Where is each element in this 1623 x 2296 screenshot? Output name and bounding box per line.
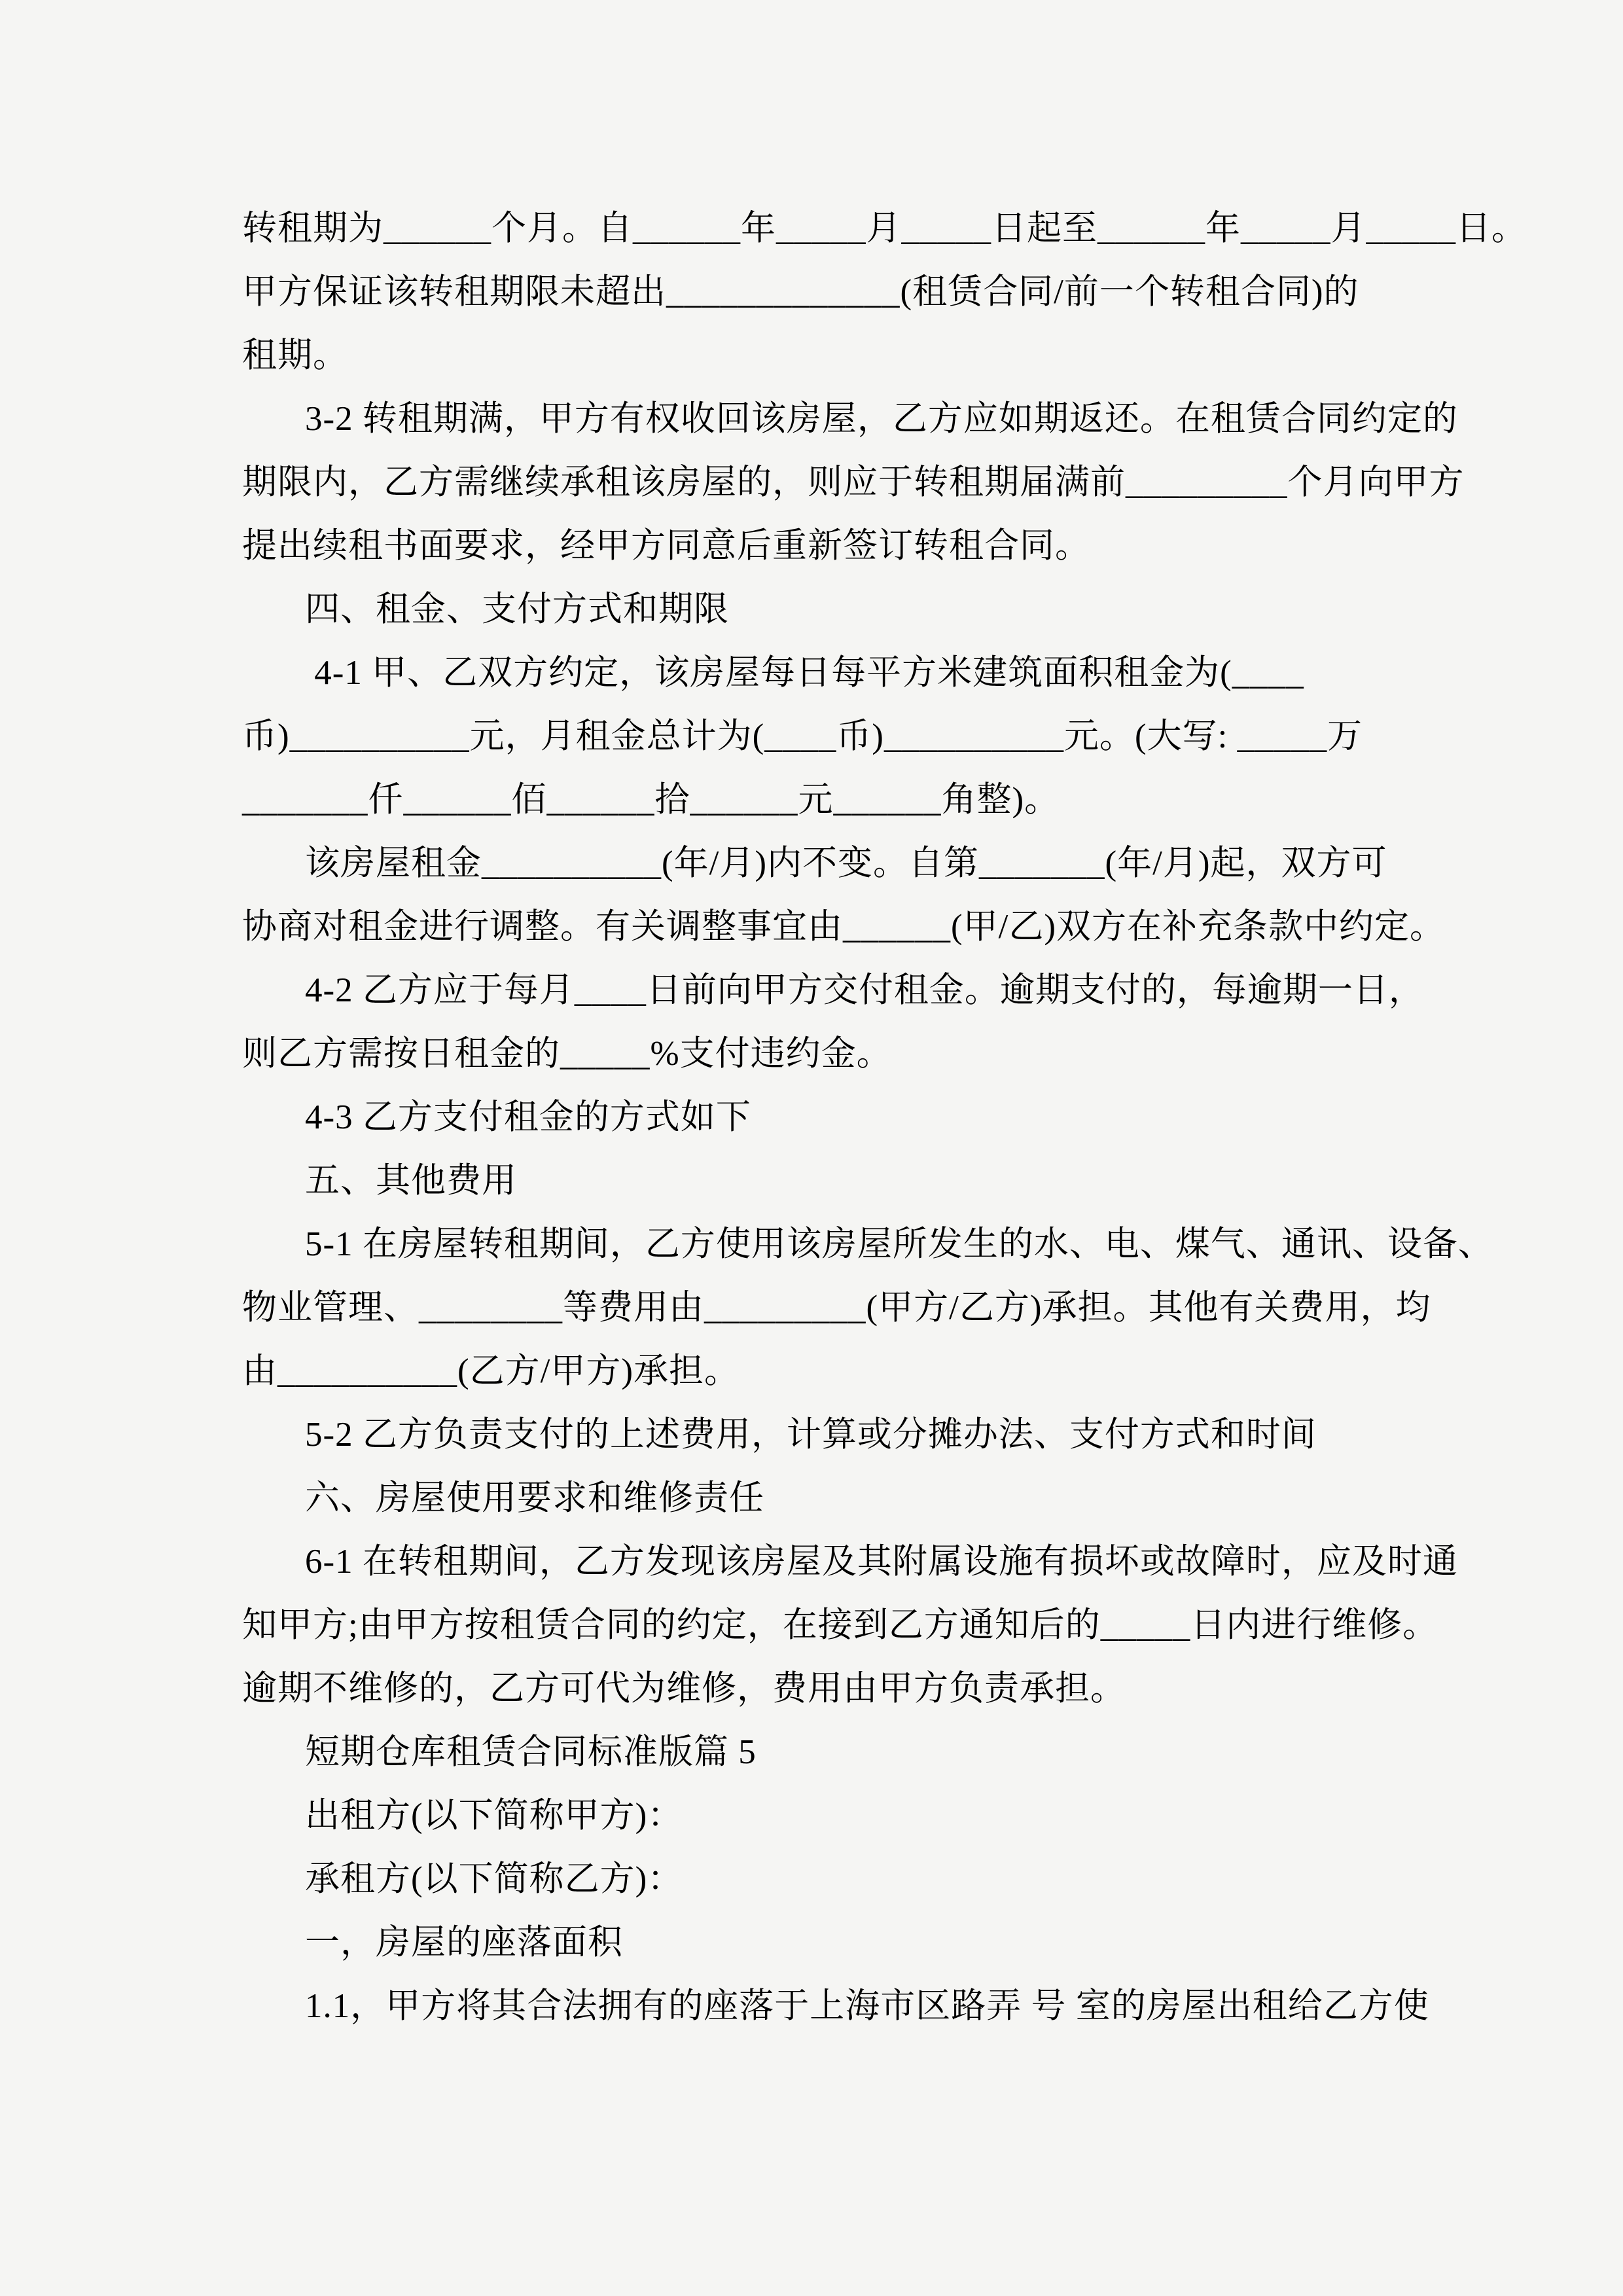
text-line: 3-2 转租期满，甲方有权收回该房屋，乙方应如期返还。在租赁合同约定的 xyxy=(242,387,1420,451)
text-line: 出租方(以下简称甲方)： xyxy=(242,1784,1420,1848)
text-line: 币)__________元，月租金总计为(____币)__________元。(… xyxy=(242,705,1420,768)
contract-document-page: 转租期为______个月。自______年_____月_____日起至_____… xyxy=(0,0,1623,2296)
text-line: 5-1 在房屋转租期间，乙方使用该房屋所发生的水、电、煤气、通讯、设备、 xyxy=(242,1213,1420,1276)
text-line: 4-3 乙方支付租金的方式如下 xyxy=(242,1086,1420,1149)
text-line: 该房屋租金__________(年/月)内不变。自第_______(年/月)起，… xyxy=(242,832,1420,895)
text-line: 四、租金、支付方式和期限 xyxy=(242,578,1420,641)
text-line: 租期。 xyxy=(242,324,1420,387)
text-line: 逾期不维修的，乙方可代为维修，费用由甲方负责承担。 xyxy=(242,1657,1420,1721)
document-text-block: 转租期为______个月。自______年_____月_____日起至_____… xyxy=(242,197,1420,2038)
text-line: 期限内，乙方需继续承租该房屋的，则应于转租期届满前_________个月向甲方 xyxy=(242,451,1420,514)
text-line: 物业管理、________等费用由_________(甲方/乙方)承担。其他有关… xyxy=(242,1276,1420,1340)
text-line: 六、房屋使用要求和维修责任 xyxy=(242,1467,1420,1530)
text-line: 协商对租金进行调整。有关调整事宜由______(甲/乙)双方在补充条款中约定。 xyxy=(242,895,1420,959)
text-line: 一，房屋的座落面积 xyxy=(242,1911,1420,1975)
text-line: 则乙方需按日租金的_____%支付违约金。 xyxy=(242,1022,1420,1086)
text-line: 6-1 在转租期间，乙方发现该房屋及其附属设施有损坏或故障时，应及时通 xyxy=(242,1530,1420,1594)
text-line: 5-2 乙方负责支付的上述费用，计算或分摊办法、支付方式和时间 xyxy=(242,1403,1420,1467)
text-line: 转租期为______个月。自______年_____月_____日起至_____… xyxy=(242,197,1420,260)
text-line: 4-2 乙方应于每月____日前向甲方交付租金。逾期支付的，每逾期一日， xyxy=(242,959,1420,1022)
text-line: 由__________(乙方/甲方)承担。 xyxy=(242,1340,1420,1403)
text-line: 短期仓库租赁合同标准版篇 5 xyxy=(242,1721,1420,1784)
text-line: 4-1 甲、乙双方约定，该房屋每日每平方米建筑面积租金为(____ xyxy=(242,641,1420,705)
text-line: 知甲方;由甲方按租赁合同的约定，在接到乙方通知后的_____日内进行维修。 xyxy=(242,1594,1420,1657)
text-line: 承租方(以下简称乙方)： xyxy=(242,1848,1420,1911)
text-line: _______仟______佰______拾______元______角整)。 xyxy=(242,768,1420,832)
text-line: 提出续租书面要求，经甲方同意后重新签订转租合同。 xyxy=(242,514,1420,578)
text-line: 五、其他费用 xyxy=(242,1149,1420,1213)
text-line: 甲方保证该转租期限未超出_____________(租赁合同/前一个转租合同)的 xyxy=(242,260,1420,324)
text-line: 1.1，甲方将其合法拥有的座落于上海市区路弄 号 室的房屋出租给乙方使 xyxy=(242,1975,1420,2038)
